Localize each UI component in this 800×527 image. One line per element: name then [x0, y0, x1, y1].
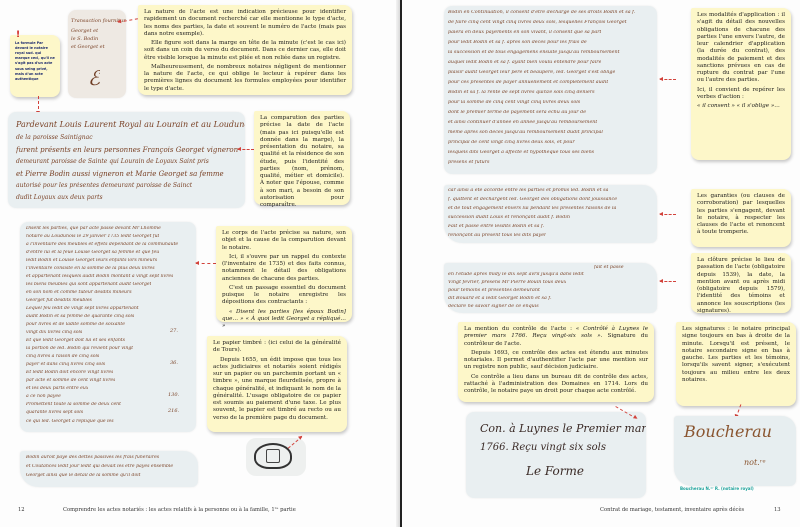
sidenote-text: La formule Par devant le notaire royal s…	[15, 41, 55, 81]
note-paragraph: Depuis 1655, un édit impose que tous les…	[213, 357, 341, 422]
ms-line: Bodin en Continuation, il consent d'être…	[448, 10, 635, 15]
ms-line: pour la somme de cinq cent vingt cinq li…	[448, 100, 580, 105]
ms-line: Promettent toute la somme de deux cent	[26, 402, 121, 407]
note-comparution: La comparution des parties précise la da…	[254, 111, 350, 205]
ms-line: la portion de led. Bodin qui revient pou…	[26, 346, 133, 351]
garanties-manuscript-image: car ainsi a été accordé entre les partie…	[444, 185, 657, 243]
note-paragraph: Depuis 1693, ce contrôle des actes est é…	[464, 350, 648, 372]
ms-line: principal de cent vingt cinq livres deux…	[448, 140, 575, 145]
note-paragraph: Ce contrôle a lieu dans un bureau dit de…	[464, 374, 648, 396]
ms-line: fait et passé	[594, 265, 624, 270]
note-paragraph: Le papier timbré : (ici celui de la géné…	[213, 340, 341, 355]
ms-line: en l'étude après midy le dix sept avril …	[448, 272, 584, 277]
cloture-manuscript-image: fait et passé en l'étude après midy le d…	[444, 263, 657, 313]
ms-line: Georget fut desdits meubles	[26, 298, 92, 303]
ms-line: demeurant paroisse de Sainte qui Lourain…	[16, 158, 209, 165]
note-modalites: Les modalités d'application : il s'agit …	[691, 8, 791, 160]
ms-line: pour ledit Bodin et sa f. après son décè…	[448, 40, 587, 45]
ms-line: pour ces présentes de payer annuellement…	[448, 80, 608, 85]
ms-line: f. quittent et déchargent led. Georget d…	[448, 197, 617, 202]
note-paragraph: Elle figure soit dans la marge en tête d…	[144, 40, 346, 62]
ms-line: ledit Bodin et Louise Georget leurs enfa…	[26, 258, 157, 263]
note-quote: « il consent » « il s'oblige »…	[697, 103, 785, 110]
note-paragraph: Les garanties (ou clauses de corroborati…	[697, 193, 785, 237]
exclamation-icon: !	[16, 30, 20, 40]
signature-caption: Boucherau N.ᵉʳ R. (notaire royal)	[680, 486, 754, 491]
ms-line: déclaré ne savoir signer de ce enquis	[448, 304, 539, 309]
corps-tail-manuscript-image: Bodin auroit payé des dettes passives le…	[20, 451, 198, 487]
note-paragraph: La clôture précise le lieu de passation …	[697, 257, 785, 315]
ms-amount: 130.	[168, 392, 179, 398]
ms-flourish: ℰ	[88, 66, 100, 90]
note-paragraph: Les signatures : le notaire principal si…	[682, 326, 790, 384]
ms-line: Et ledit Bodin doit encore vingt livres	[26, 370, 113, 375]
ms-line: Georget ainsi que le détail de la somme …	[26, 473, 141, 478]
ms-amount: 36.	[170, 360, 178, 366]
signature-name: Boucherau	[684, 422, 772, 441]
ms-signature: Le Forme	[526, 464, 584, 478]
ms-line: audit Bodin et sa femme de quarante cinq…	[26, 314, 134, 319]
authenticity-sidenote: La formule Par devant le notaire royal s…	[10, 35, 60, 97]
ms-line: la succession et de tous engagemens ensu…	[448, 50, 620, 55]
ms-line: l'inventaire consiste en la somme de la …	[26, 266, 155, 271]
comparution-manuscript-image: Pardevant Louis Laurent Royal au Lourain…	[8, 112, 245, 208]
note-paragraph: C'est un passage essentiel du document p…	[222, 285, 346, 307]
footer-title-left: Comprendre les actes notariés : les acte…	[63, 507, 296, 513]
ms-line: les biens meubles qui sont appartenant a…	[26, 282, 151, 287]
signature-sub: not.ʳᵉ	[744, 458, 766, 467]
arrow-icon	[660, 281, 676, 282]
ms-line: à l'inventaire des meubles et effets dép…	[26, 242, 178, 247]
fleur-de-lis-seal-icon	[254, 443, 292, 469]
note-controle: La mention du contrôle de l'acte : « Con…	[458, 322, 654, 402]
note-quote: « Disent les parties [les époux Bodin] q…	[222, 309, 346, 331]
ms-line: lesquels dits Georget a affecté et hypot…	[448, 150, 594, 155]
ms-line: Georget et	[71, 28, 98, 34]
ms-line: car ainsi a été accordé entre les partie…	[448, 188, 608, 193]
ms-line: par acte et somme de cent vingt livres	[26, 378, 115, 383]
ms-line: de la paroisse Saintignac	[16, 134, 93, 141]
ms-line: Vingt février, présens Mr Pierre Bouin t…	[448, 280, 566, 285]
note-garanties: Les garanties (ou clauses de corroborati…	[691, 189, 791, 247]
note-paragraph: Malheureusement, de nombreux notaires né…	[144, 64, 346, 93]
ms-line: Et que ledit Georget doit lui et ses enf…	[26, 338, 125, 343]
page-number-right: 13	[774, 507, 781, 513]
note-paragraph: La comparution des parties précise la da…	[260, 115, 344, 209]
ms-line: Bodin auroit payé des dettes passives le…	[26, 455, 159, 460]
ms-line: Fait et passé entre lesdits Bodin et sa …	[448, 224, 544, 229]
ms-line: d'entre lui et la feue Louise Georget sa…	[26, 250, 159, 255]
arrow-icon	[238, 149, 254, 150]
ms-line: vingt dix livres cinq sols	[26, 330, 82, 335]
note-corps-acte: Le corps de l'acte précise sa nature, so…	[216, 226, 352, 322]
left-page: La formule Par devant le notaire royal s…	[0, 0, 400, 527]
ms-line: dont le premier terme de payement sera é…	[448, 110, 586, 115]
note-cloture: La clôture précise le lieu de passation …	[691, 253, 791, 313]
ms-line: Lequel feu ledit de vingt sept livres ap…	[26, 306, 139, 311]
stamp-image	[246, 438, 306, 476]
ms-line: de faire cinq cent vingt cinq livres deu…	[448, 20, 627, 25]
ms-line: paiera en deux payements en son vivant, …	[448, 30, 601, 35]
ms-line: Bodin et sa f. la rente de sept livres q…	[448, 90, 595, 95]
ms-line: plaisir audit Georget leur père et beaup…	[448, 70, 615, 75]
note-nature-acte: La nature de l'acte est une indication p…	[138, 5, 352, 95]
note-paragraph: Ici, il s'ouvre par un rappel du context…	[222, 254, 346, 283]
ms-amount: 216.	[168, 408, 179, 414]
ms-line: à ce non payée	[26, 394, 61, 399]
ms-line: et ainsi continuer d'année en année jusq…	[448, 120, 597, 125]
ms-line: auquel ledit Bodin et sa f. ayant bien v…	[448, 60, 601, 65]
ms-line: dit Bouard et à ledit Georget Bodin et s…	[448, 296, 552, 301]
ms-line: pour livres et de ladite somme de soixan…	[26, 322, 125, 327]
note-paragraph: Ici, il convient de repérer les verbes d…	[697, 87, 785, 102]
note-lead: La mention du contrôle de l'acte :	[464, 326, 572, 332]
ms-line: et les deux parts entre eux	[26, 386, 88, 391]
ms-line: renonçant au présent tous les dits payer	[448, 233, 546, 238]
ms-line: notaire au Loudunois le 29 janvier 1735 …	[26, 234, 159, 239]
ms-line: quarante livres sept sols	[26, 410, 83, 415]
note-paragraph: La mention du contrôle de l'acte : « Con…	[464, 326, 648, 348]
ms-line: et de tout engagement envers lui pendant…	[448, 206, 616, 211]
arrow-icon	[660, 214, 676, 215]
modalites-manuscript-image: Bodin en Continuation, il consent d'être…	[444, 6, 657, 174]
ms-line: furent présents en leurs personnes Franç…	[16, 146, 238, 154]
ms-line: présens et futurs	[448, 160, 490, 165]
ms-line: Con. à Luynes le Premier mars	[480, 422, 646, 435]
ms-line: autorisé pour les présentes demeurant pa…	[16, 182, 192, 189]
ms-line: dudit Loyaux aux deux parts	[16, 194, 103, 201]
ms-amount: 27.	[170, 328, 178, 334]
note-paragraph: La nature de l'acte est une indication p…	[144, 9, 346, 38]
ms-line: succession dudit Louis et renonçant audi…	[448, 215, 570, 220]
ms-line: et Pierre Bodin aussi vigneron et Marie …	[16, 170, 224, 178]
arrow-icon	[196, 263, 216, 264]
right-page: Bodin en Continuation, il consent d'être…	[402, 0, 800, 527]
ms-line: et Georget et	[71, 44, 105, 50]
note-paragraph: Les modalités d'application : il s'agit …	[697, 12, 785, 85]
ms-line: en son nom et comme tuteur desdits mineu…	[26, 290, 132, 295]
note-signatures: Les signatures : le notaire principal si…	[676, 322, 796, 406]
ms-line: pour témoins et présentes demeurant	[448, 288, 540, 293]
ms-line: et Coutances ledit jour ledit qui devait…	[26, 464, 173, 469]
note-papier-timbre: Le papier timbré : (ici celui de la géné…	[207, 336, 347, 432]
ms-line: 1766. Reçu vingt six sols	[480, 442, 606, 453]
ms-line: le S. Bodin	[71, 36, 98, 42]
ms-line: et appartenant lesquels audit Bodin mont…	[26, 274, 173, 279]
ms-line: même après son décès jusqu'au remboursem…	[448, 130, 603, 135]
ms-line: payer et dans cinq livres cinq sols	[26, 362, 105, 367]
corps-manuscript-image: Disent les parties, que par acte passé d…	[20, 222, 196, 432]
footer-title-right: Contrat de mariage, testament, inventair…	[600, 507, 744, 513]
ms-line: Disent les parties, que par acte passé d…	[26, 226, 161, 231]
note-paragraph: Le corps de l'acte précise sa nature, so…	[222, 230, 346, 252]
notaire-signature-image: Boucherau not.ʳᵉ	[674, 416, 796, 486]
page-number-left: 12	[18, 507, 25, 513]
ms-line: cinq livres à raison de cinq sols	[26, 354, 99, 359]
controle-manuscript-image: Con. à Luynes le Premier mars 1766. Reçu…	[466, 412, 646, 498]
arrow-icon	[660, 79, 676, 80]
ms-line: ce qui led. Georget a répliqué que les	[26, 419, 114, 424]
ms-line: Pardevant Louis Laurent Royal au Lourain…	[16, 120, 245, 129]
